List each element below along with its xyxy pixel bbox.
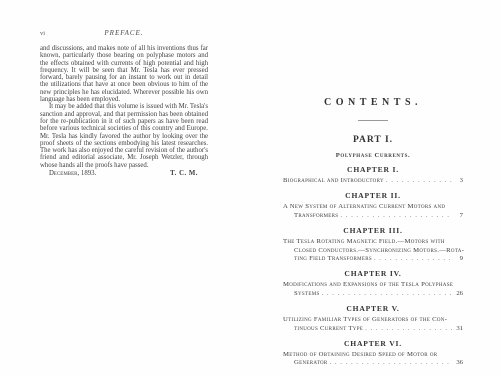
chapter-heading: CHAPTER III.	[283, 226, 463, 235]
toc-entry: Method of Obtaining Desired Speed of Mot…	[283, 351, 463, 368]
contents-title: CONTENTS.	[283, 97, 463, 108]
toc-entry-text: Modifications and Expansions of the Tesl…	[283, 281, 453, 289]
contents-page: CONTENTS. PART I. Polyphase Currents. CH…	[283, 97, 463, 368]
toc-entry-line: The Tesla Rotating Magnetic Field.—Motor…	[283, 238, 463, 246]
dot-leader	[330, 359, 453, 367]
toc-entry-line: Method of Obtaining Desired Speed of Mot…	[283, 351, 463, 359]
preface-paragraph: It may be added that this volume is issu…	[40, 103, 208, 169]
toc-entry-line: Modifications and Expansions of the Tesl…	[283, 281, 463, 289]
part-title: PART I.	[283, 135, 463, 145]
toc-entry: Utilizing Familiar Types of Generators o…	[283, 316, 463, 333]
toc-entry-text: Biographical and Introductory	[283, 177, 384, 185]
toc-entry-line: Biographical and Introductory 3	[283, 177, 463, 185]
toc-entry-line: Generator 36	[283, 359, 463, 367]
toc-entry-text: The Tesla Rotating Magnetic Field.—Motor…	[283, 238, 445, 246]
preface-page: vi PREFACE. and discussions, and makes n…	[40, 29, 208, 177]
page-number: vi	[40, 30, 45, 37]
toc-entry-text: Generator	[294, 359, 328, 367]
toc-entry-line: Systems 26	[283, 290, 463, 298]
toc-entry-line: tinuous Current Type 31	[283, 325, 463, 333]
toc-entry: Biographical and Introductory 3	[283, 177, 463, 185]
running-header: vi PREFACE.	[40, 29, 208, 38]
chapter-heading: CHAPTER I.	[283, 165, 463, 174]
toc-entry-text: Closed Conductors.—Synchronizing Motors.…	[294, 247, 464, 255]
toc-entry-text: tinuous Current Type	[294, 325, 363, 333]
toc-entry: A New System of Alternating Current Moto…	[283, 203, 463, 220]
toc-entry-line: A New System of Alternating Current Moto…	[283, 203, 463, 211]
book-spread: vi PREFACE. and discussions, and makes n…	[0, 0, 500, 375]
toc-page-number: 9	[455, 255, 463, 263]
preface-body: and discussions, and makes note of all h…	[40, 45, 208, 169]
toc-entry-line: Transformers 7	[283, 212, 463, 220]
toc-page-number: 3	[455, 177, 463, 185]
chapter-heading: CHAPTER II.	[283, 191, 463, 200]
chapter-heading: CHAPTER V.	[283, 304, 463, 313]
dot-leader	[365, 325, 453, 333]
dot-leader	[374, 255, 453, 263]
date-line: December, 1893.	[40, 170, 96, 177]
toc-page-number: 7	[455, 212, 463, 220]
toc-entry-text: ting Field Transformers	[294, 255, 372, 263]
toc-entry-line: ting Field Transformers 9	[283, 255, 463, 263]
dot-leader	[340, 212, 453, 220]
toc-page-number: 31	[455, 325, 463, 333]
chapter-heading: CHAPTER VI.	[283, 339, 463, 348]
preface-paragraph: and discussions, and makes note of all h…	[40, 45, 208, 103]
toc-entry: Modifications and Expansions of the Tesl…	[283, 281, 463, 298]
dot-leader	[386, 177, 453, 185]
chapter-heading: CHAPTER IV.	[283, 269, 463, 278]
toc-entry-text: Systems	[294, 290, 320, 298]
toc-entry-line: Closed Conductors.—Synchronizing Motors.…	[283, 247, 463, 255]
date-signature-row: December, 1893. T. C. M.	[40, 170, 208, 177]
dot-leader	[322, 290, 453, 298]
toc-entry-text: Utilizing Familiar Types of Generators o…	[283, 316, 447, 324]
toc-entry-line: Utilizing Familiar Types of Generators o…	[283, 316, 463, 324]
running-header-title: PREFACE.	[104, 29, 143, 37]
divider-rule	[358, 120, 388, 121]
author-initials: T. C. M.	[170, 170, 198, 177]
toc-page-number: 26	[455, 290, 463, 298]
toc-entry-text: Method of Obtaining Desired Speed of Mot…	[283, 351, 437, 359]
toc-page-number: 36	[455, 359, 463, 367]
toc-entry-text: A New System of Alternating Current Moto…	[283, 203, 445, 211]
toc-entry: The Tesla Rotating Magnetic Field.—Motor…	[283, 238, 463, 263]
toc-entry-text: Transformers	[294, 212, 338, 220]
part-subtitle: Polyphase Currents.	[283, 152, 463, 159]
